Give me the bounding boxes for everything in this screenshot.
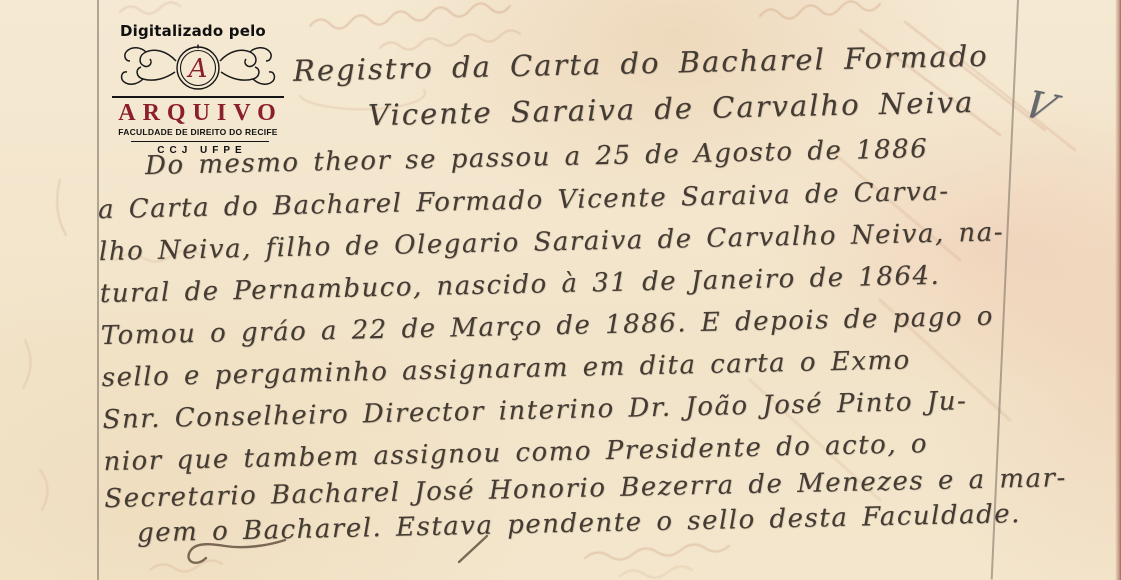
manuscript-line: Registro da Carta do Bacharel Formado: [293, 40, 989, 89]
manuscript-line: sello e pergaminho assignaram em dita ca…: [101, 346, 911, 394]
manuscript-scan-page: Digitalizado pelo A ARQUIVO FACULDADE DE…: [0, 0, 1121, 580]
manuscript-line: Do mesmo theor se passou a 25 de Agosto …: [145, 135, 929, 182]
manuscript-text-block: Registro da Carta do Bacharel Formado Vi…: [0, 0, 1121, 580]
manuscript-line: Tomou o gráo a 22 de Março de 1886. E de…: [100, 303, 994, 352]
manuscript-line: lho Neiva, filho de Olegario Saraiva de …: [99, 218, 1005, 268]
manuscript-line: tural de Pernambuco, nascido à 31 de Jan…: [100, 262, 941, 310]
manuscript-line: Snr. Conselheiro Director interino Dr. J…: [102, 387, 967, 436]
manuscript-line: Vicente Saraiva de Carvalho Neiva: [368, 86, 975, 133]
manuscript-line: a Carta do Bacharel Formado Vicente Sara…: [98, 178, 950, 226]
